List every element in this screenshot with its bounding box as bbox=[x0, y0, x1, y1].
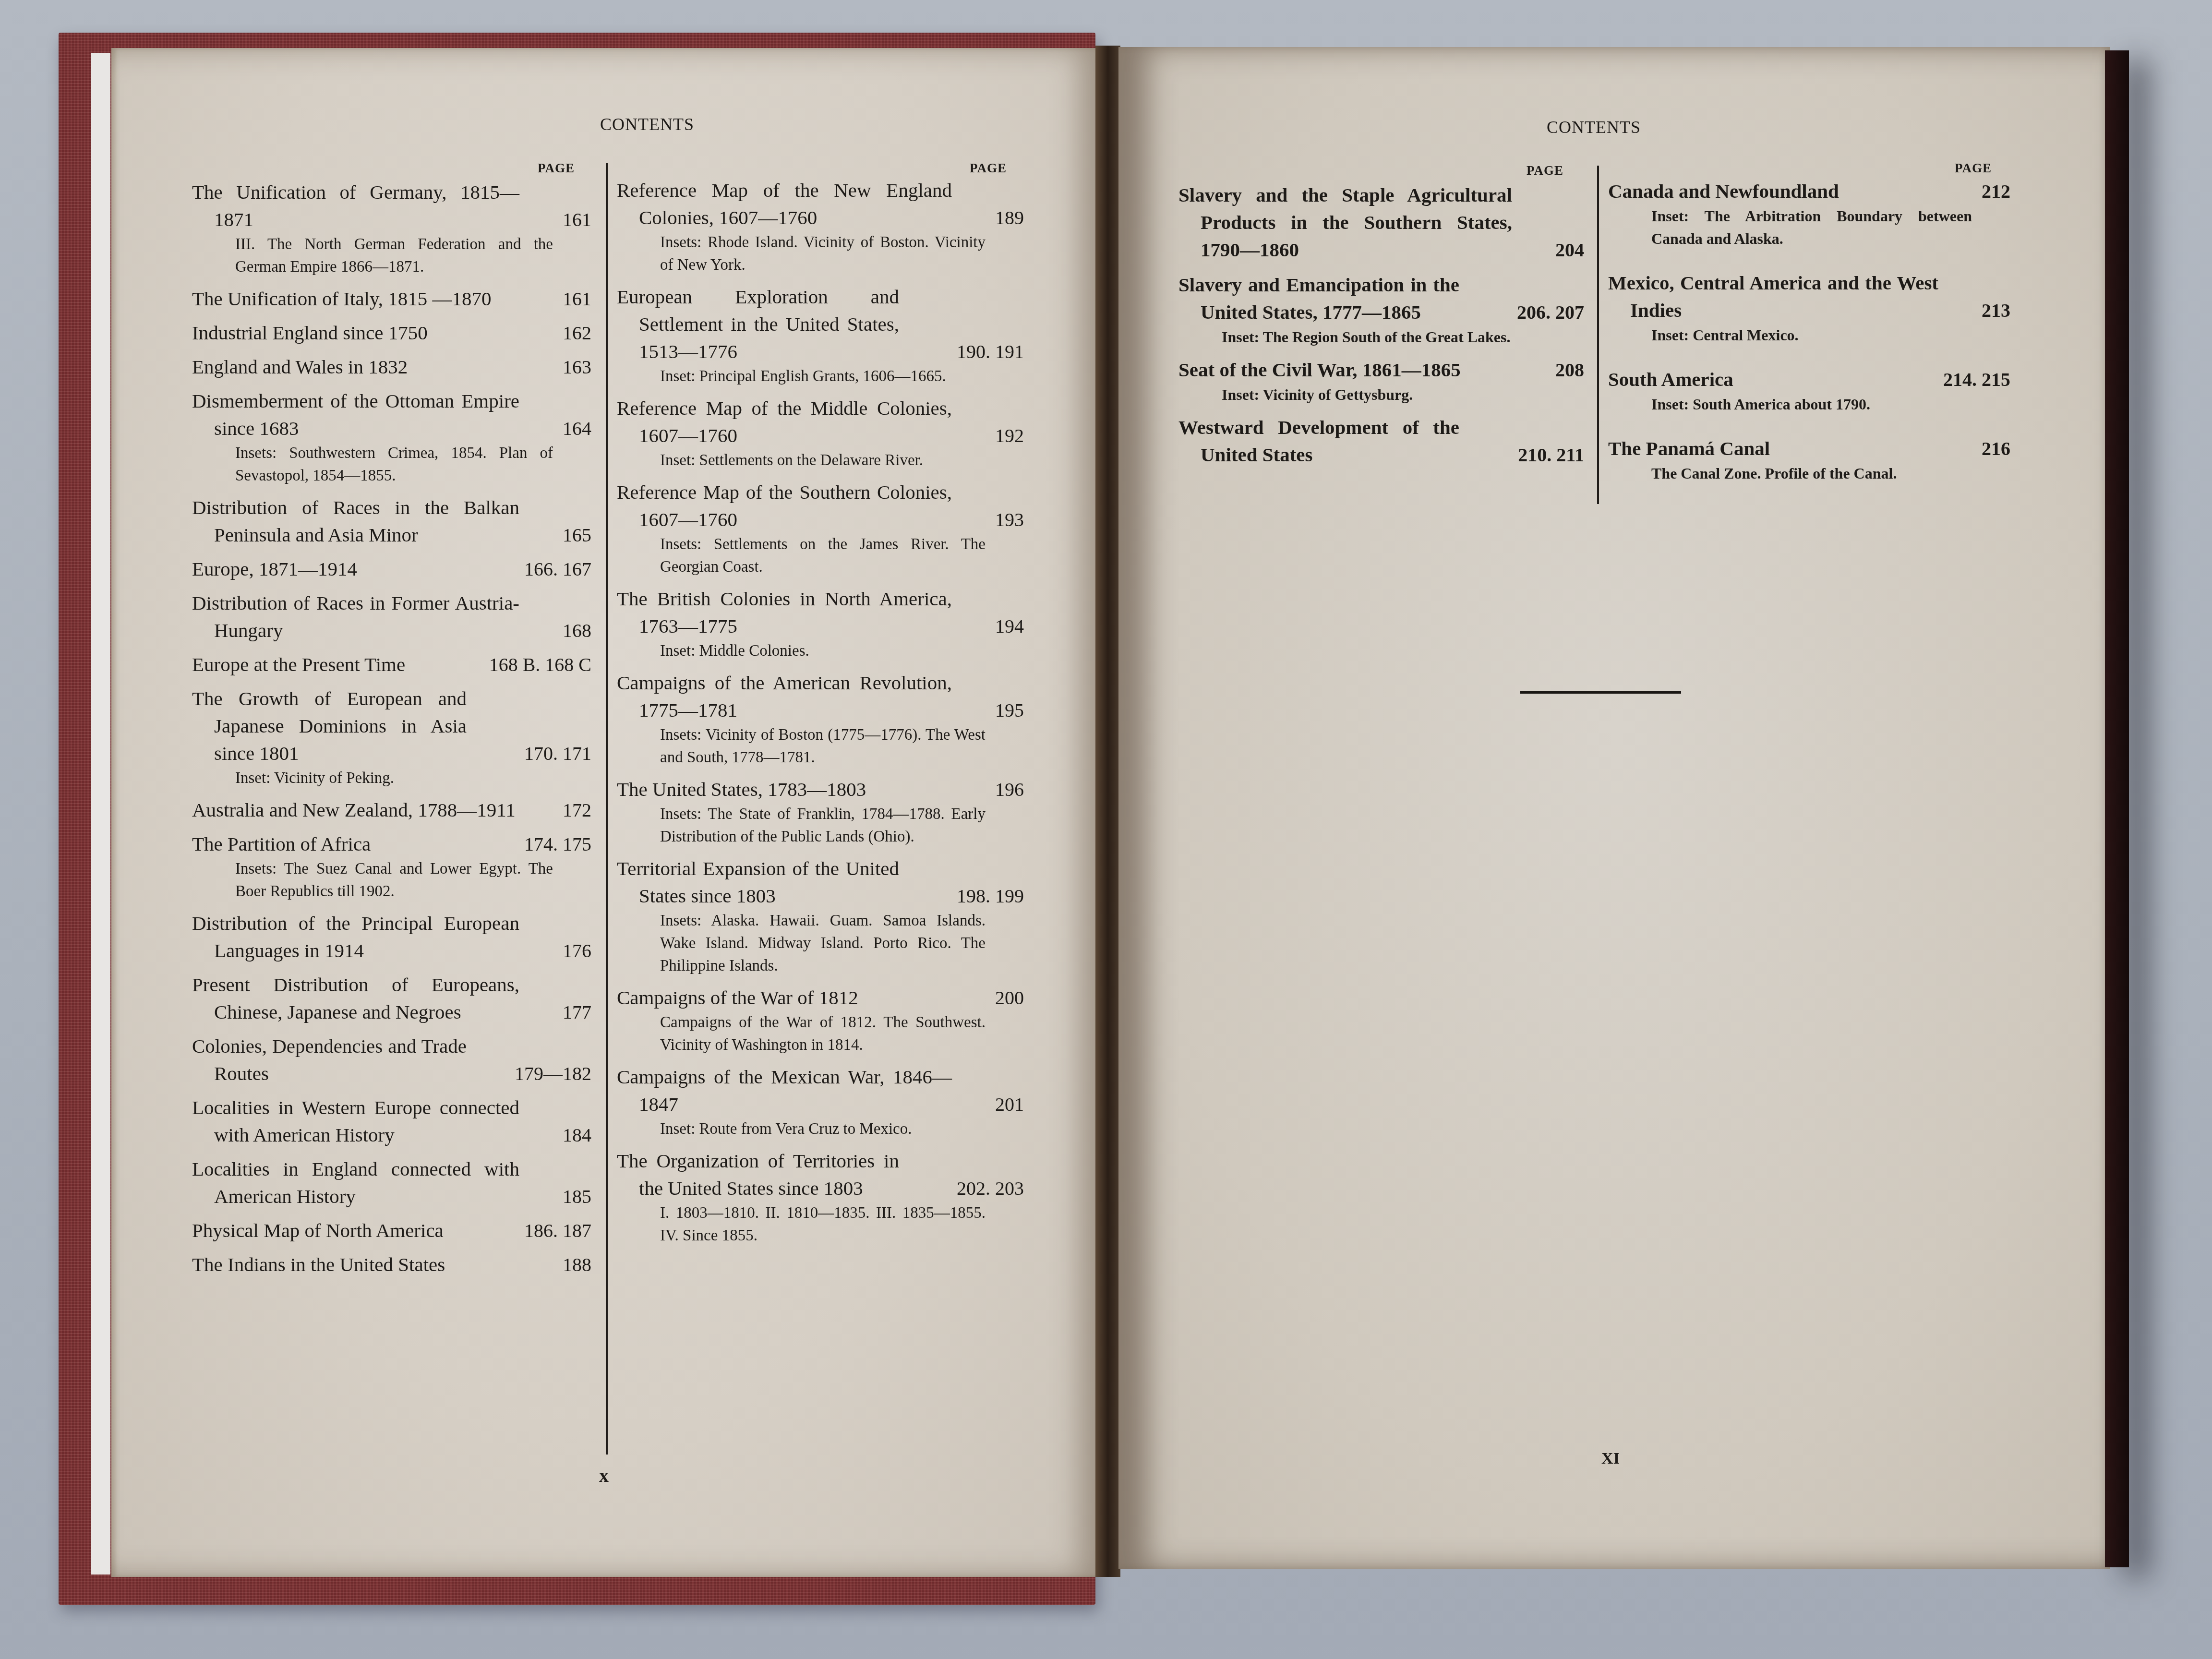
toc-entry-inset-note: Insets: The State of Franklin, 1784—1788… bbox=[617, 803, 1024, 848]
toc-entry: The United States, 1783—1803196Insets: T… bbox=[617, 776, 1024, 848]
toc-entry-heading: Distribution of the Principal European L… bbox=[192, 910, 591, 964]
toc-entry-inset-note: Insets: Southwestern Crimea, 1854. Plan … bbox=[192, 442, 591, 487]
toc-entry-page-number: 168 B. 168 C bbox=[489, 651, 591, 678]
toc-entry-heading: European Exploration and Settlement in t… bbox=[617, 283, 1024, 365]
toc-entry-heading: The British Colonies in North America, 1… bbox=[617, 585, 1024, 640]
toc-entry-title: Reference Map of the Middle Colonies, 16… bbox=[617, 395, 1024, 449]
toc-entry: South America214. 215Inset: South Americ… bbox=[1608, 366, 2010, 416]
toc-entry: Europe, 1871—1914166. 167 bbox=[192, 555, 591, 583]
toc-entry-title: Distribution of Races in the Balkan Peni… bbox=[192, 494, 591, 549]
toc-entry-title: Reference Map of the New England Colonie… bbox=[617, 177, 1024, 231]
toc-entry-page-number: 164 bbox=[563, 415, 591, 442]
toc-entry-page-number: 193 bbox=[995, 506, 1024, 533]
toc-entry-page-number: 210. 211 bbox=[1518, 441, 1584, 469]
toc-entry-heading: Campaigns of the American Revolution, 17… bbox=[617, 669, 1024, 724]
toc-entry-page-number: 195 bbox=[995, 697, 1024, 724]
toc-entry-heading: England and Wales in 1832163 bbox=[192, 353, 591, 381]
toc-entry-heading: Localities in Western Europe connected w… bbox=[192, 1094, 591, 1149]
toc-entry: The British Colonies in North America, 1… bbox=[617, 585, 1024, 662]
toc-entry-heading: Distribution of Races in Former Austria-… bbox=[192, 589, 591, 644]
section-end-rule bbox=[1520, 691, 1681, 694]
toc-entry: Territorial Expansion of the United Stat… bbox=[617, 855, 1024, 977]
toc-entry: Slavery and the Staple Agricultural Prod… bbox=[1178, 181, 1584, 264]
toc-entry-heading: Distribution of Races in the Balkan Peni… bbox=[192, 494, 591, 549]
running-head-right: CONTENTS bbox=[1547, 117, 1641, 137]
toc-entry: Reference Map of the Middle Colonies, 16… bbox=[617, 395, 1024, 472]
toc-entry-page-number: 184 bbox=[563, 1121, 591, 1149]
toc-entry-title: Dismemberment of the Ottoman Empire sinc… bbox=[192, 387, 591, 442]
page-column-label: PAGE bbox=[1955, 161, 1992, 176]
toc-entry-title: The Indians in the United States bbox=[192, 1251, 591, 1278]
toc-entry: England and Wales in 1832163 bbox=[192, 353, 591, 381]
toc-entry: The Unification of Germany, 1815—1871161… bbox=[192, 179, 591, 278]
toc-entry-inset-note: Inset: Vicinity of Gettysburg. bbox=[1178, 384, 1584, 406]
toc-entry-heading: Reference Map of the Middle Colonies, 16… bbox=[617, 395, 1024, 449]
toc-entry-heading: Campaigns of the Mexican War, 1846—18472… bbox=[617, 1063, 1024, 1118]
toc-entry: Slavery and Emancipation in the United S… bbox=[1178, 271, 1584, 349]
toc-entry-heading: Present Distribution of Europeans, Chine… bbox=[192, 971, 591, 1026]
toc-entry-title: Localities in England connected with Ame… bbox=[192, 1155, 591, 1210]
toc-entry-heading: Campaigns of the War of 1812200 bbox=[617, 984, 1024, 1011]
toc-entry-page-number: 176 bbox=[563, 937, 591, 964]
toc-entry-title: Canada and Newfoundland bbox=[1608, 178, 2010, 205]
toc-entry-inset-note: III. The North German Federation and the… bbox=[192, 233, 591, 278]
toc-entry: Westward Development of the United State… bbox=[1178, 414, 1584, 469]
toc-entry-heading: The Growth of European and Japanese Domi… bbox=[192, 685, 591, 767]
endpaper-edge bbox=[91, 53, 110, 1575]
toc-entry-title: Australia and New Zealand, 1788—1911 bbox=[192, 796, 591, 824]
toc-entry: The Unification of Italy, 1815 —1870161 bbox=[192, 285, 591, 313]
toc-entry-title: The United States, 1783—1803 bbox=[617, 776, 1024, 803]
page-column-label: PAGE bbox=[1527, 163, 1563, 178]
toc-entry: Reference Map of the Southern Colonies, … bbox=[617, 479, 1024, 578]
toc-entry-heading: Physical Map of North America186. 187 bbox=[192, 1217, 591, 1244]
toc-entry-title: Present Distribution of Europeans, Chine… bbox=[192, 971, 591, 1026]
toc-entry-page-number: 189 bbox=[995, 204, 1024, 231]
toc-entry-heading: South America214. 215 bbox=[1608, 366, 2010, 393]
toc-entry-inset-note: Insets: Vicinity of Boston (1775—1776). … bbox=[617, 724, 1024, 769]
toc-entry-title: The Unification of Germany, 1815—1871 bbox=[192, 179, 591, 233]
toc-entry-heading: Localities in England connected with Ame… bbox=[192, 1155, 591, 1210]
toc-entry-page-number: 201 bbox=[995, 1091, 1024, 1118]
toc-entry: Physical Map of North America186. 187 bbox=[192, 1217, 591, 1244]
toc-entry-inset-note: Inset: The Arbitration Boundary between … bbox=[1608, 205, 2010, 250]
toc-entry-page-number: 168 bbox=[563, 617, 591, 644]
toc-entry-heading: Europe, 1871—1914166. 167 bbox=[192, 555, 591, 583]
toc-entry-inset-note: Campaigns of the War of 1812. The Southw… bbox=[617, 1011, 1024, 1057]
toc-entry-page-number: 170. 171 bbox=[524, 740, 591, 767]
toc-entry-inset-note: Insets: The Suez Canal and Lower Egypt. … bbox=[192, 858, 591, 903]
toc-entry: Industrial England since 1750162 bbox=[192, 319, 591, 347]
toc-entry: Present Distribution of Europeans, Chine… bbox=[192, 971, 591, 1026]
toc-entry-inset-note: Inset: South America about 1790. bbox=[1608, 393, 2010, 416]
toc-entry-heading: Australia and New Zealand, 1788—1911172 bbox=[192, 796, 591, 824]
toc-entry: Localities in Western Europe connected w… bbox=[192, 1094, 591, 1149]
toc-entry-inset-note: Insets: Rhode Island. Vicinity of Boston… bbox=[617, 231, 1024, 276]
toc-entry-title: Distribution of the Principal European L… bbox=[192, 910, 591, 964]
toc-entry-heading: Colonies, Dependencies and Trade Routes1… bbox=[192, 1033, 591, 1087]
toc-entry-page-number: 165 bbox=[563, 521, 591, 549]
toc-entry-heading: Reference Map of the New England Colonie… bbox=[617, 177, 1024, 231]
toc-entry-heading: The Partition of Africa174. 175 bbox=[192, 830, 591, 858]
toc-entry-page-number: 192 bbox=[995, 422, 1024, 449]
toc-entry-page-number: 202. 203 bbox=[957, 1175, 1024, 1202]
toc-entry: Mexico, Central America and the West Ind… bbox=[1608, 269, 2010, 347]
toc-entry: Campaigns of the Mexican War, 1846—18472… bbox=[617, 1063, 1024, 1141]
toc-entry-page-number: 172 bbox=[563, 796, 591, 824]
toc-entry-heading: Territorial Expansion of the United Stat… bbox=[617, 855, 1024, 910]
toc-entry: Distribution of the Principal European L… bbox=[192, 910, 591, 964]
page-column-label: PAGE bbox=[538, 161, 575, 176]
toc-entry-page-number: 185 bbox=[563, 1183, 591, 1210]
toc-entry-inset-note: Inset: Principal English Grants, 1606—16… bbox=[617, 365, 1024, 388]
toc-entry-page-number: 208 bbox=[1555, 356, 1584, 384]
toc-entry-title: Localities in Western Europe connected w… bbox=[192, 1094, 591, 1149]
toc-entry-page-number: 216 bbox=[1982, 435, 2010, 462]
page-number-left: x bbox=[599, 1464, 609, 1487]
toc-entry-inset-note: The Canal Zone. Profile of the Canal. bbox=[1608, 462, 2010, 485]
toc-entry-heading: The Indians in the United States188 bbox=[192, 1251, 591, 1278]
book-gutter bbox=[1095, 46, 1120, 1577]
toc-entry: The Panamá Canal216The Canal Zone. Profi… bbox=[1608, 435, 2010, 485]
toc-entry-title: Distribution of Races in Former Austria-… bbox=[192, 589, 591, 644]
toc-entry-page-number: 163 bbox=[563, 353, 591, 381]
toc-entry: Campaigns of the War of 1812200Campaigns… bbox=[617, 984, 1024, 1057]
toc-entry-inset-note: Inset: Vicinity of Peking. bbox=[192, 767, 591, 790]
toc-entry-title: The British Colonies in North America, 1… bbox=[617, 585, 1024, 640]
toc-column-right-2: Canada and Newfoundland212Inset: The Arb… bbox=[1608, 178, 2010, 504]
toc-entry-title: Seat of the Civil War, 1861—1865 bbox=[1178, 356, 1584, 384]
toc-entry: Canada and Newfoundland212Inset: The Arb… bbox=[1608, 178, 2010, 250]
toc-entry-title: Industrial England since 1750 bbox=[192, 319, 591, 347]
toc-entry-heading: The Unification of Germany, 1815—1871161 bbox=[192, 179, 591, 233]
toc-entry-page-number: 194 bbox=[995, 613, 1024, 640]
toc-entry-heading: Dismemberment of the Ottoman Empire sinc… bbox=[192, 387, 591, 442]
toc-entry-heading: Slavery and the Staple Agricultural Prod… bbox=[1178, 181, 1584, 264]
toc-column-left-2: Reference Map of the New England Colonie… bbox=[617, 177, 1024, 1254]
toc-entry-inset-note: Insets: Settlements on the James River. … bbox=[617, 533, 1024, 578]
toc-entry-heading: The United States, 1783—1803196 bbox=[617, 776, 1024, 803]
toc-entry: Europe at the Present Time168 B. 168 C bbox=[192, 651, 591, 678]
toc-entry-title: The Panamá Canal bbox=[1608, 435, 2010, 462]
toc-entry-inset-note: Inset: Central Mexico. bbox=[1608, 324, 2010, 347]
toc-entry-title: Campaigns of the Mexican War, 1846—1847 bbox=[617, 1063, 1024, 1118]
toc-entry-title: Slavery and the Staple Agricultural Prod… bbox=[1178, 181, 1584, 264]
toc-entry-heading: Reference Map of the Southern Colonies, … bbox=[617, 479, 1024, 533]
toc-entry-inset-note: Inset: Settlements on the Delaware River… bbox=[617, 449, 1024, 472]
toc-entry-page-number: 190. 191 bbox=[957, 338, 1024, 365]
toc-entry-heading: Westward Development of the United State… bbox=[1178, 414, 1584, 469]
toc-column-left-1: The Unification of Germany, 1815—1871161… bbox=[192, 179, 591, 1285]
toc-entry-heading: The Panamá Canal216 bbox=[1608, 435, 2010, 462]
toc-entry-title: Campaigns of the American Revolution, 17… bbox=[617, 669, 1024, 724]
toc-entry: European Exploration and Settlement in t… bbox=[617, 283, 1024, 388]
toc-entry-inset-note: Inset: The Region South of the Great Lak… bbox=[1178, 326, 1584, 349]
toc-entry-page-number: 212 bbox=[1982, 178, 2010, 205]
toc-entry-inset-note: Inset: Route from Vera Cruz to Mexico. bbox=[617, 1118, 1024, 1141]
toc-entry-page-number: 196 bbox=[995, 776, 1024, 803]
column-divider bbox=[606, 163, 608, 1455]
toc-entry-heading: The Unification of Italy, 1815 —1870161 bbox=[192, 285, 591, 313]
toc-entry-page-number: 177 bbox=[563, 998, 591, 1026]
toc-entry-page-number: 166. 167 bbox=[524, 555, 591, 583]
running-head-left: CONTENTS bbox=[600, 114, 694, 134]
toc-entry-heading: Canada and Newfoundland212 bbox=[1608, 178, 2010, 205]
toc-entry-page-number: 188 bbox=[563, 1251, 591, 1278]
toc-entry-page-number: 213 bbox=[1982, 297, 2010, 324]
toc-entry-page-number: 174. 175 bbox=[524, 830, 591, 858]
toc-entry-heading: Mexico, Central America and the West Ind… bbox=[1608, 269, 2010, 324]
toc-entry: Dismemberment of the Ottoman Empire sinc… bbox=[192, 387, 591, 487]
toc-entry-title: The Unification of Italy, 1815 —1870 bbox=[192, 285, 591, 313]
toc-entry-inset-note: I. 1803—1810. II. 1810—1835. III. 1835—1… bbox=[617, 1202, 1024, 1247]
toc-entry: Localities in England connected with Ame… bbox=[192, 1155, 591, 1210]
toc-entry-heading: Europe at the Present Time168 B. 168 C bbox=[192, 651, 591, 678]
toc-entry: Australia and New Zealand, 1788—1911172 bbox=[192, 796, 591, 824]
toc-entry-page-number: 204 bbox=[1555, 236, 1584, 264]
toc-entry: Seat of the Civil War, 1861—1865208Inset… bbox=[1178, 356, 1584, 406]
toc-entry-heading: The Organization of Territories in the U… bbox=[617, 1147, 1024, 1202]
toc-entry-inset-note: Inset: Middle Colonies. bbox=[617, 640, 1024, 662]
toc-column-right-1: Slavery and the Staple Agricultural Prod… bbox=[1178, 181, 1584, 476]
toc-entry-page-number: 161 bbox=[563, 285, 591, 313]
toc-entry: The Partition of Africa174. 175Insets: T… bbox=[192, 830, 591, 903]
toc-entry-heading: Industrial England since 1750162 bbox=[192, 319, 591, 347]
toc-entry-title: England and Wales in 1832 bbox=[192, 353, 591, 381]
toc-entry-page-number: 179—182 bbox=[515, 1060, 591, 1087]
toc-entry-title: Mexico, Central America and the West Ind… bbox=[1608, 269, 2010, 324]
book-cover-right-edge bbox=[2105, 50, 2129, 1567]
toc-entry: Campaigns of the American Revolution, 17… bbox=[617, 669, 1024, 769]
toc-entry-title: Campaigns of the War of 1812 bbox=[617, 984, 1024, 1011]
toc-entry-heading: Slavery and Emancipation in the United S… bbox=[1178, 271, 1584, 326]
toc-entry: The Organization of Territories in the U… bbox=[617, 1147, 1024, 1247]
toc-entry: Colonies, Dependencies and Trade Routes1… bbox=[192, 1033, 591, 1087]
toc-entry-page-number: 162 bbox=[563, 319, 591, 347]
toc-entry: The Indians in the United States188 bbox=[192, 1251, 591, 1278]
toc-entry-page-number: 200 bbox=[995, 984, 1024, 1011]
toc-entry-page-number: 161 bbox=[563, 206, 591, 233]
toc-entry-title: Reference Map of the Southern Colonies, … bbox=[617, 479, 1024, 533]
toc-entry-page-number: 186. 187 bbox=[524, 1217, 591, 1244]
toc-entry-heading: Seat of the Civil War, 1861—1865208 bbox=[1178, 356, 1584, 384]
toc-entry-page-number: 198. 199 bbox=[957, 882, 1024, 910]
toc-entry: Distribution of Races in the Balkan Peni… bbox=[192, 494, 591, 549]
page-number-right: XI bbox=[1601, 1450, 1620, 1468]
toc-entry: Reference Map of the New England Colonie… bbox=[617, 177, 1024, 276]
toc-entry-page-number: 214. 215 bbox=[1943, 366, 2010, 393]
column-divider bbox=[1597, 166, 1599, 504]
page-column-label: PAGE bbox=[970, 161, 1007, 176]
toc-entry-page-number: 206. 207 bbox=[1517, 299, 1584, 326]
toc-entry-inset-note: Insets: Alaska. Hawaii. Guam. Samoa Isla… bbox=[617, 910, 1024, 977]
toc-entry: The Growth of European and Japanese Domi… bbox=[192, 685, 591, 790]
toc-entry: Distribution of Races in Former Austria-… bbox=[192, 589, 591, 644]
